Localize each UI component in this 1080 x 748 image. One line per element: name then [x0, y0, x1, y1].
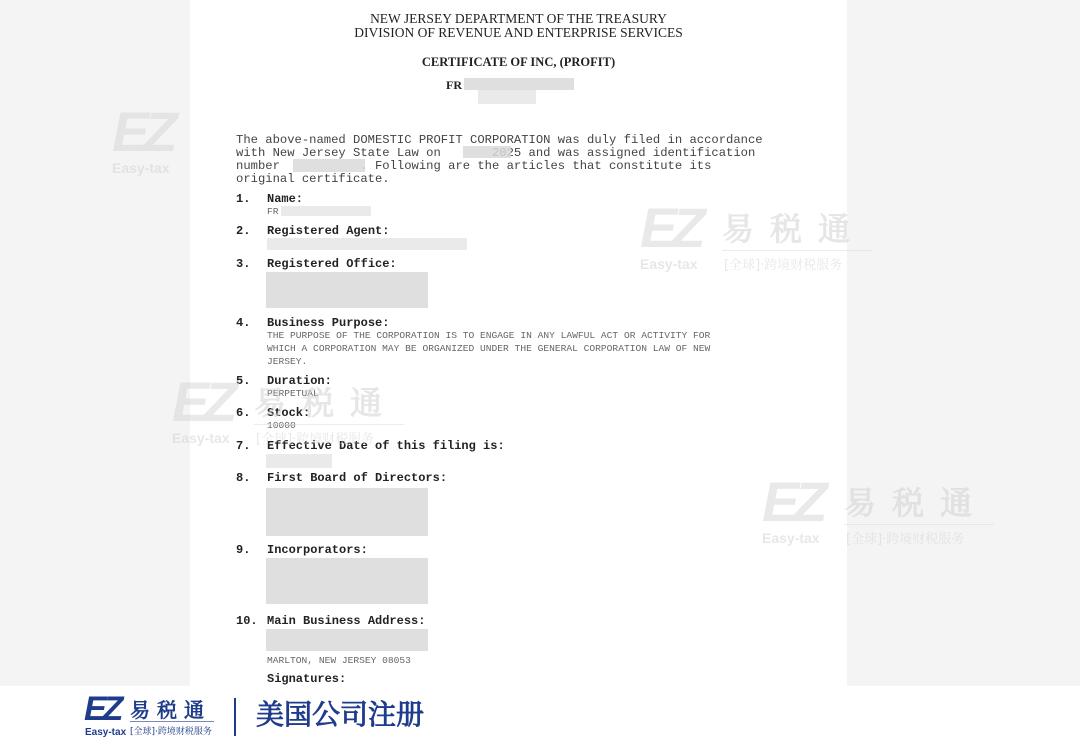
brand-name-en: Easy-tax	[85, 727, 126, 738]
article-number: 2.	[236, 224, 266, 238]
footer-banner: EZ 易税通 Easy-tax [全球]·跨境财税服务 美国公司注册	[0, 686, 1080, 748]
article-label: Main Business Address:	[267, 614, 425, 628]
article-number: 6.	[236, 406, 266, 420]
easy-tax-logo-icon: EZ	[84, 692, 119, 726]
article-number: 3.	[236, 257, 266, 271]
watermark-mark: EZ	[112, 104, 172, 160]
article-label: Name:	[267, 192, 303, 206]
redacted-company-name-2	[478, 90, 536, 104]
article-number: 9.	[236, 543, 266, 557]
article-number: 7.	[236, 439, 266, 453]
header-division: DIVISION OF REVENUE AND ENTERPRISE SERVI…	[190, 26, 847, 40]
article-number: 8.	[236, 471, 266, 485]
article-value: 10000	[267, 419, 296, 432]
footer-divider	[234, 698, 236, 736]
brand-name-cn: 易税通	[130, 694, 211, 723]
article-label: Registered Office:	[267, 257, 397, 271]
redacted-office-address	[266, 272, 428, 308]
redacted-incorporators	[266, 558, 428, 604]
footer-title: 美国公司注册	[256, 698, 424, 732]
redacted-id-number	[293, 159, 365, 172]
article-label: Effective Date of this filing is:	[267, 439, 505, 453]
article-value: FR	[267, 205, 279, 218]
redacted-agent	[267, 238, 467, 250]
intro-line: original certificate.	[236, 172, 390, 186]
logo-divider	[130, 721, 214, 722]
signatures-label: Signatures:	[267, 672, 346, 686]
brand-tagline: [全球]·跨境财税服务	[130, 724, 212, 737]
article-label: First Board of Directors:	[267, 471, 447, 485]
article-label: Registered Agent:	[267, 224, 389, 238]
redacted-filing-date	[463, 146, 511, 158]
intro-line: The above-named DOMESTIC PROFIT CORPORAT…	[236, 133, 763, 147]
article-label: Duration:	[267, 374, 332, 388]
article-label: Incorporators:	[267, 543, 368, 557]
header-department: NEW JERSEY DEPARTMENT OF THE TREASURY	[190, 12, 847, 26]
article-label: Stock:	[267, 406, 310, 420]
article-number: 10.	[236, 614, 266, 628]
redacted-directors	[266, 488, 428, 536]
watermark-brand-en: Easy-tax	[112, 160, 170, 176]
certificate-page: NEW JERSEY DEPARTMENT OF THE TREASURY DI…	[190, 0, 847, 686]
watermark-tagline: [全球]·跨境财税服务	[846, 528, 964, 547]
article-value: THE PURPOSE OF THE CORPORATION IS TO ENG…	[267, 329, 710, 368]
certificate-title: CERTIFICATE OF INC, (PROFIT)	[190, 55, 847, 69]
article-value: PERPETUAL	[267, 387, 319, 400]
watermark-divider	[844, 524, 994, 525]
article-value: MARLTON, NEW JERSEY 08053	[267, 654, 411, 667]
article-label: Business Purpose:	[267, 316, 389, 330]
article-number: 4.	[236, 316, 266, 330]
article-number: 5.	[236, 374, 266, 388]
article-number: 1.	[236, 192, 266, 206]
redacted-name	[281, 206, 371, 216]
redacted-business-address	[266, 629, 428, 651]
redacted-company-name	[464, 78, 574, 90]
redacted-effective-date	[266, 454, 332, 468]
watermark-brand-cn: 易税通	[844, 478, 988, 524]
company-name: FR	[446, 78, 462, 93]
